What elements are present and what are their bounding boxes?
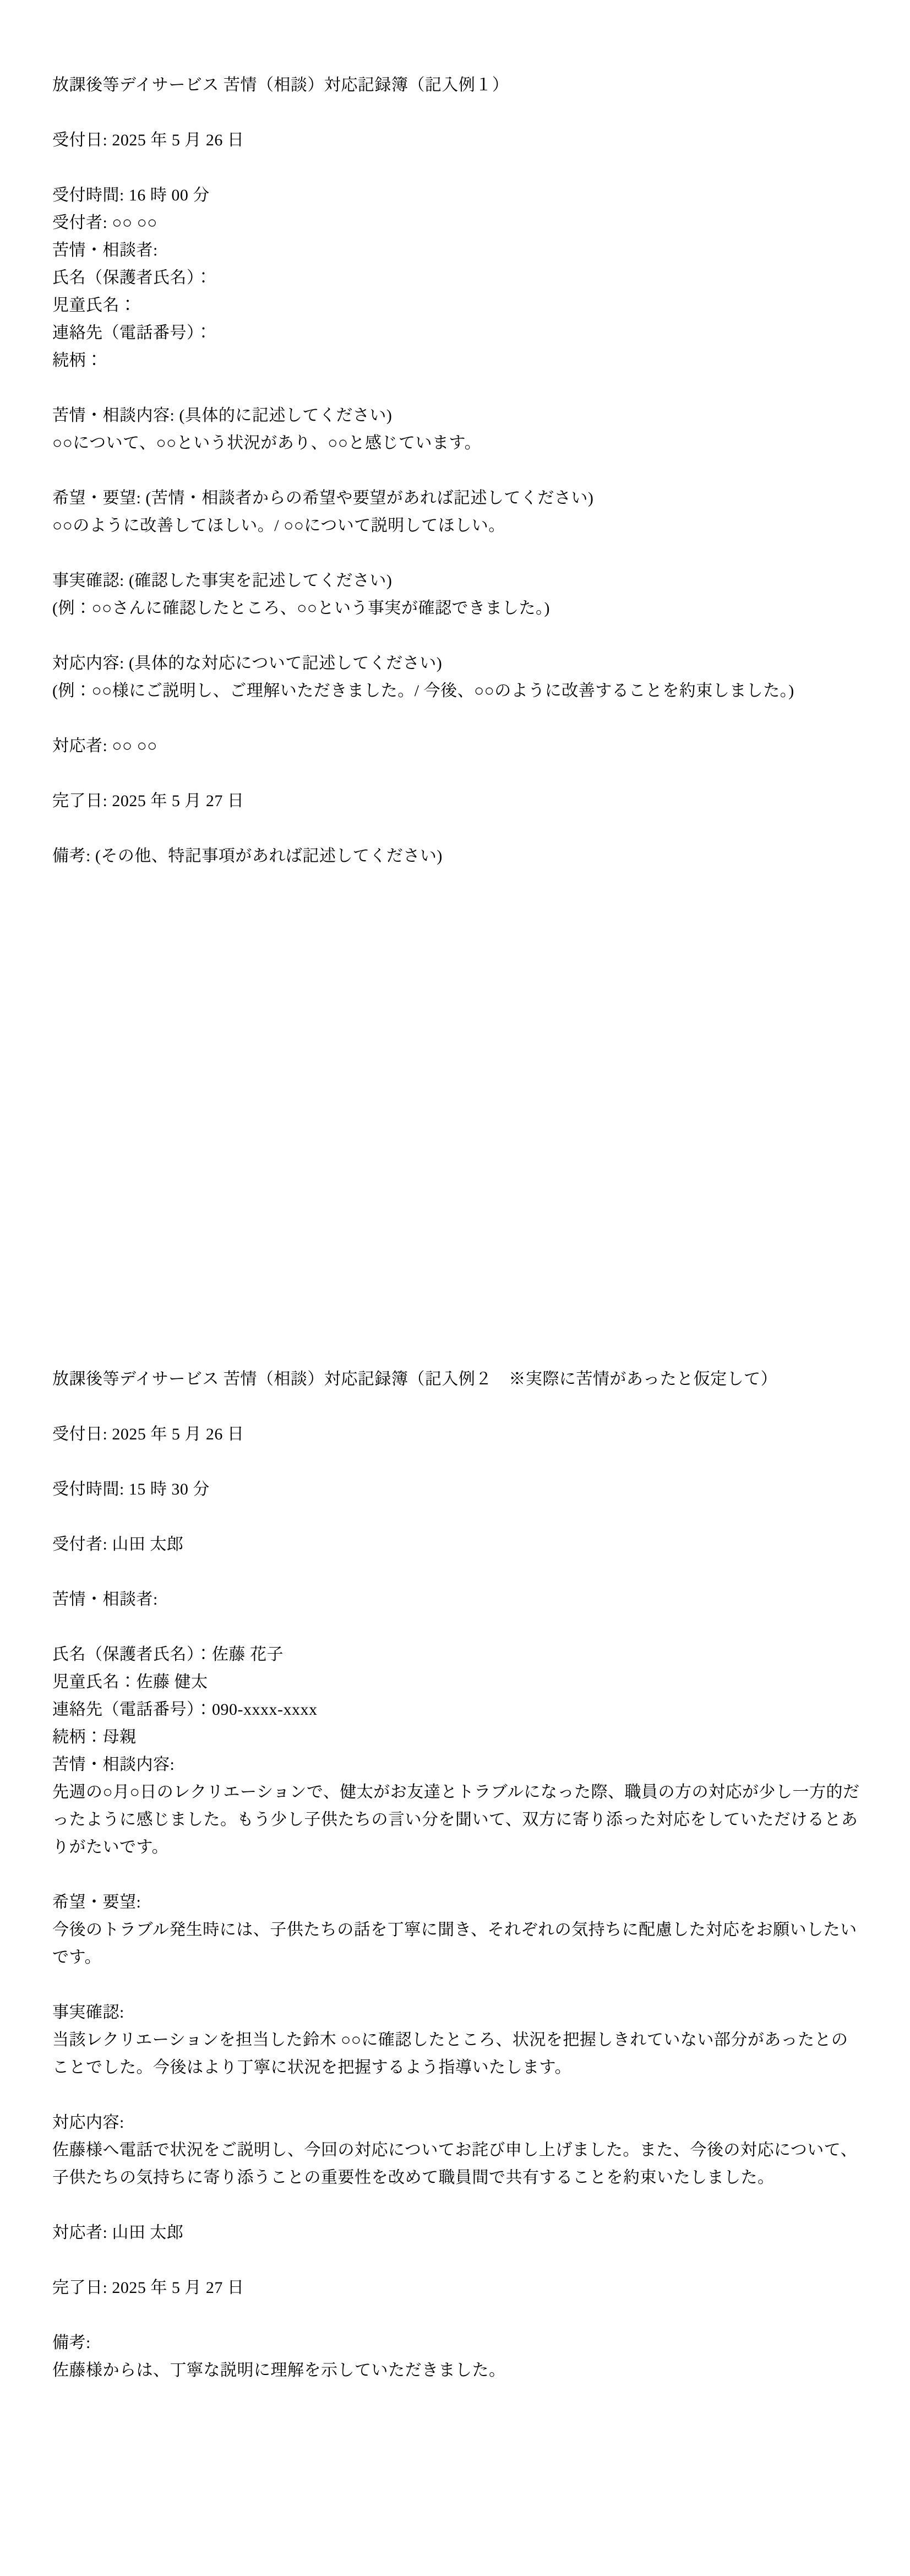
doc2-complainant-label: 苦情・相談者:: [52, 1586, 862, 1613]
doc2-remarks-text: 佐藤様からは、丁寧な説明に理解を示していただきました。: [52, 2357, 862, 2384]
doc2-response-text: 佐藤様へ電話で状況をご説明し、今回の対応についてお詫び申し上げました。また、今後…: [52, 2137, 862, 2192]
doc2-request-section-header: 希望・要望:: [52, 1889, 862, 1916]
doc1-title: 放課後等デイサービス 苦情（相談）対応記録簿（記入例１）: [52, 72, 862, 99]
doc2-completion-date-line: 完了日: 2025 年 5 月 27 日: [52, 2274, 862, 2302]
doc1-reception-date-line: 受付日: 2025 年 5 月 26 日: [52, 127, 862, 154]
record-example-2: 放課後等デイサービス 苦情（相談）対応記録簿（記入例２ ※実際に苦情があったと仮…: [52, 1366, 862, 2384]
doc1-reception-time-line: 受付時間: 16 時 00 分: [52, 182, 862, 209]
doc2-reception-time-line: 受付時間: 15 時 30 分: [52, 1476, 862, 1503]
doc2-remarks-section-header: 備考:: [52, 2329, 862, 2357]
doc1-complaint-section-header: 苦情・相談内容: (具体的に記述してください): [52, 402, 862, 430]
doc1-relationship-field: 続柄：: [52, 347, 862, 374]
doc2-title: 放課後等デイサービス 苦情（相談）対応記録簿（記入例２ ※実際に苦情があったと仮…: [52, 1366, 862, 1393]
doc1-request-section-header: 希望・要望: (苦情・相談者からの希望や要望があれば記述してください): [52, 485, 862, 512]
doc1-guardian-name-field: 氏名（保護者氏名）：: [52, 264, 862, 292]
doc1-response-example-text: (例：○○様にご説明し、ご理解いただきました。/ 今後、○○のように改善すること…: [52, 677, 862, 705]
doc1-contact-field: 連絡先（電話番号）：: [52, 319, 862, 347]
doc2-contact-field: 連絡先（電話番号）：090-xxxx-xxxx: [52, 1696, 862, 1724]
doc1-complaint-example-text: ○○について、○○という状況があり、○○と感じています。: [52, 430, 862, 457]
doc2-response-section-header: 対応内容:: [52, 2109, 862, 2137]
doc1-receptionist-line: 受付者: ○○ ○○: [52, 209, 862, 237]
doc2-factcheck-section-header: 事実確認:: [52, 1999, 862, 2026]
doc2-request-text: 今後のトラブル発生時には、子供たちの話を丁寧に聞き、それぞれの気持ちに配慮した対…: [52, 1916, 862, 1971]
doc2-relationship-field: 続柄：母親: [52, 1724, 862, 1751]
doc2-complaint-text: 先週の○月○日のレクリエーションで、健太がお友達とトラブルになった際、職員の方の…: [52, 1779, 862, 1861]
doc2-guardian-name-field: 氏名（保護者氏名）：佐藤 花子: [52, 1641, 862, 1669]
record-example-1: 放課後等デイサービス 苦情（相談）対応記録簿（記入例１） 受付日: 2025 年…: [52, 72, 862, 870]
doc1-responder-line: 対応者: ○○ ○○: [52, 732, 862, 760]
doc2-factcheck-text: 当該レクリエーションを担当した鈴木 ○○に確認したところ、状況を把握しきれていな…: [52, 2026, 862, 2082]
doc2-child-name-field: 児童氏名：佐藤 健太: [52, 1669, 862, 1696]
doc1-factcheck-example-text: (例：○○さんに確認したところ、○○という事実が確認できました。): [52, 595, 862, 622]
doc1-complainant-label: 苦情・相談者:: [52, 237, 862, 264]
doc1-child-name-field: 児童氏名：: [52, 292, 862, 319]
doc1-request-example-text: ○○のように改善してほしい。/ ○○について説明してほしい。: [52, 512, 862, 540]
doc1-remarks-section-header: 備考: (その他、特記事項があれば記述してください): [52, 843, 862, 870]
doc1-factcheck-section-header: 事実確認: (確認した事実を記述してください): [52, 567, 862, 595]
doc1-completion-date-line: 完了日: 2025 年 5 月 27 日: [52, 787, 862, 815]
doc1-response-section-header: 対応内容: (具体的な対応について記述してください): [52, 650, 862, 677]
doc2-receptionist-line: 受付者: 山田 太郎: [52, 1531, 862, 1558]
doc2-responder-line: 対応者: 山田 太郎: [52, 2219, 862, 2247]
doc2-reception-date-line: 受付日: 2025 年 5 月 26 日: [52, 1421, 862, 1448]
document-page: 放課後等デイサービス 苦情（相談）対応記録簿（記入例１） 受付日: 2025 年…: [0, 0, 910, 2576]
doc2-complaint-section-header: 苦情・相談内容:: [52, 1751, 862, 1779]
